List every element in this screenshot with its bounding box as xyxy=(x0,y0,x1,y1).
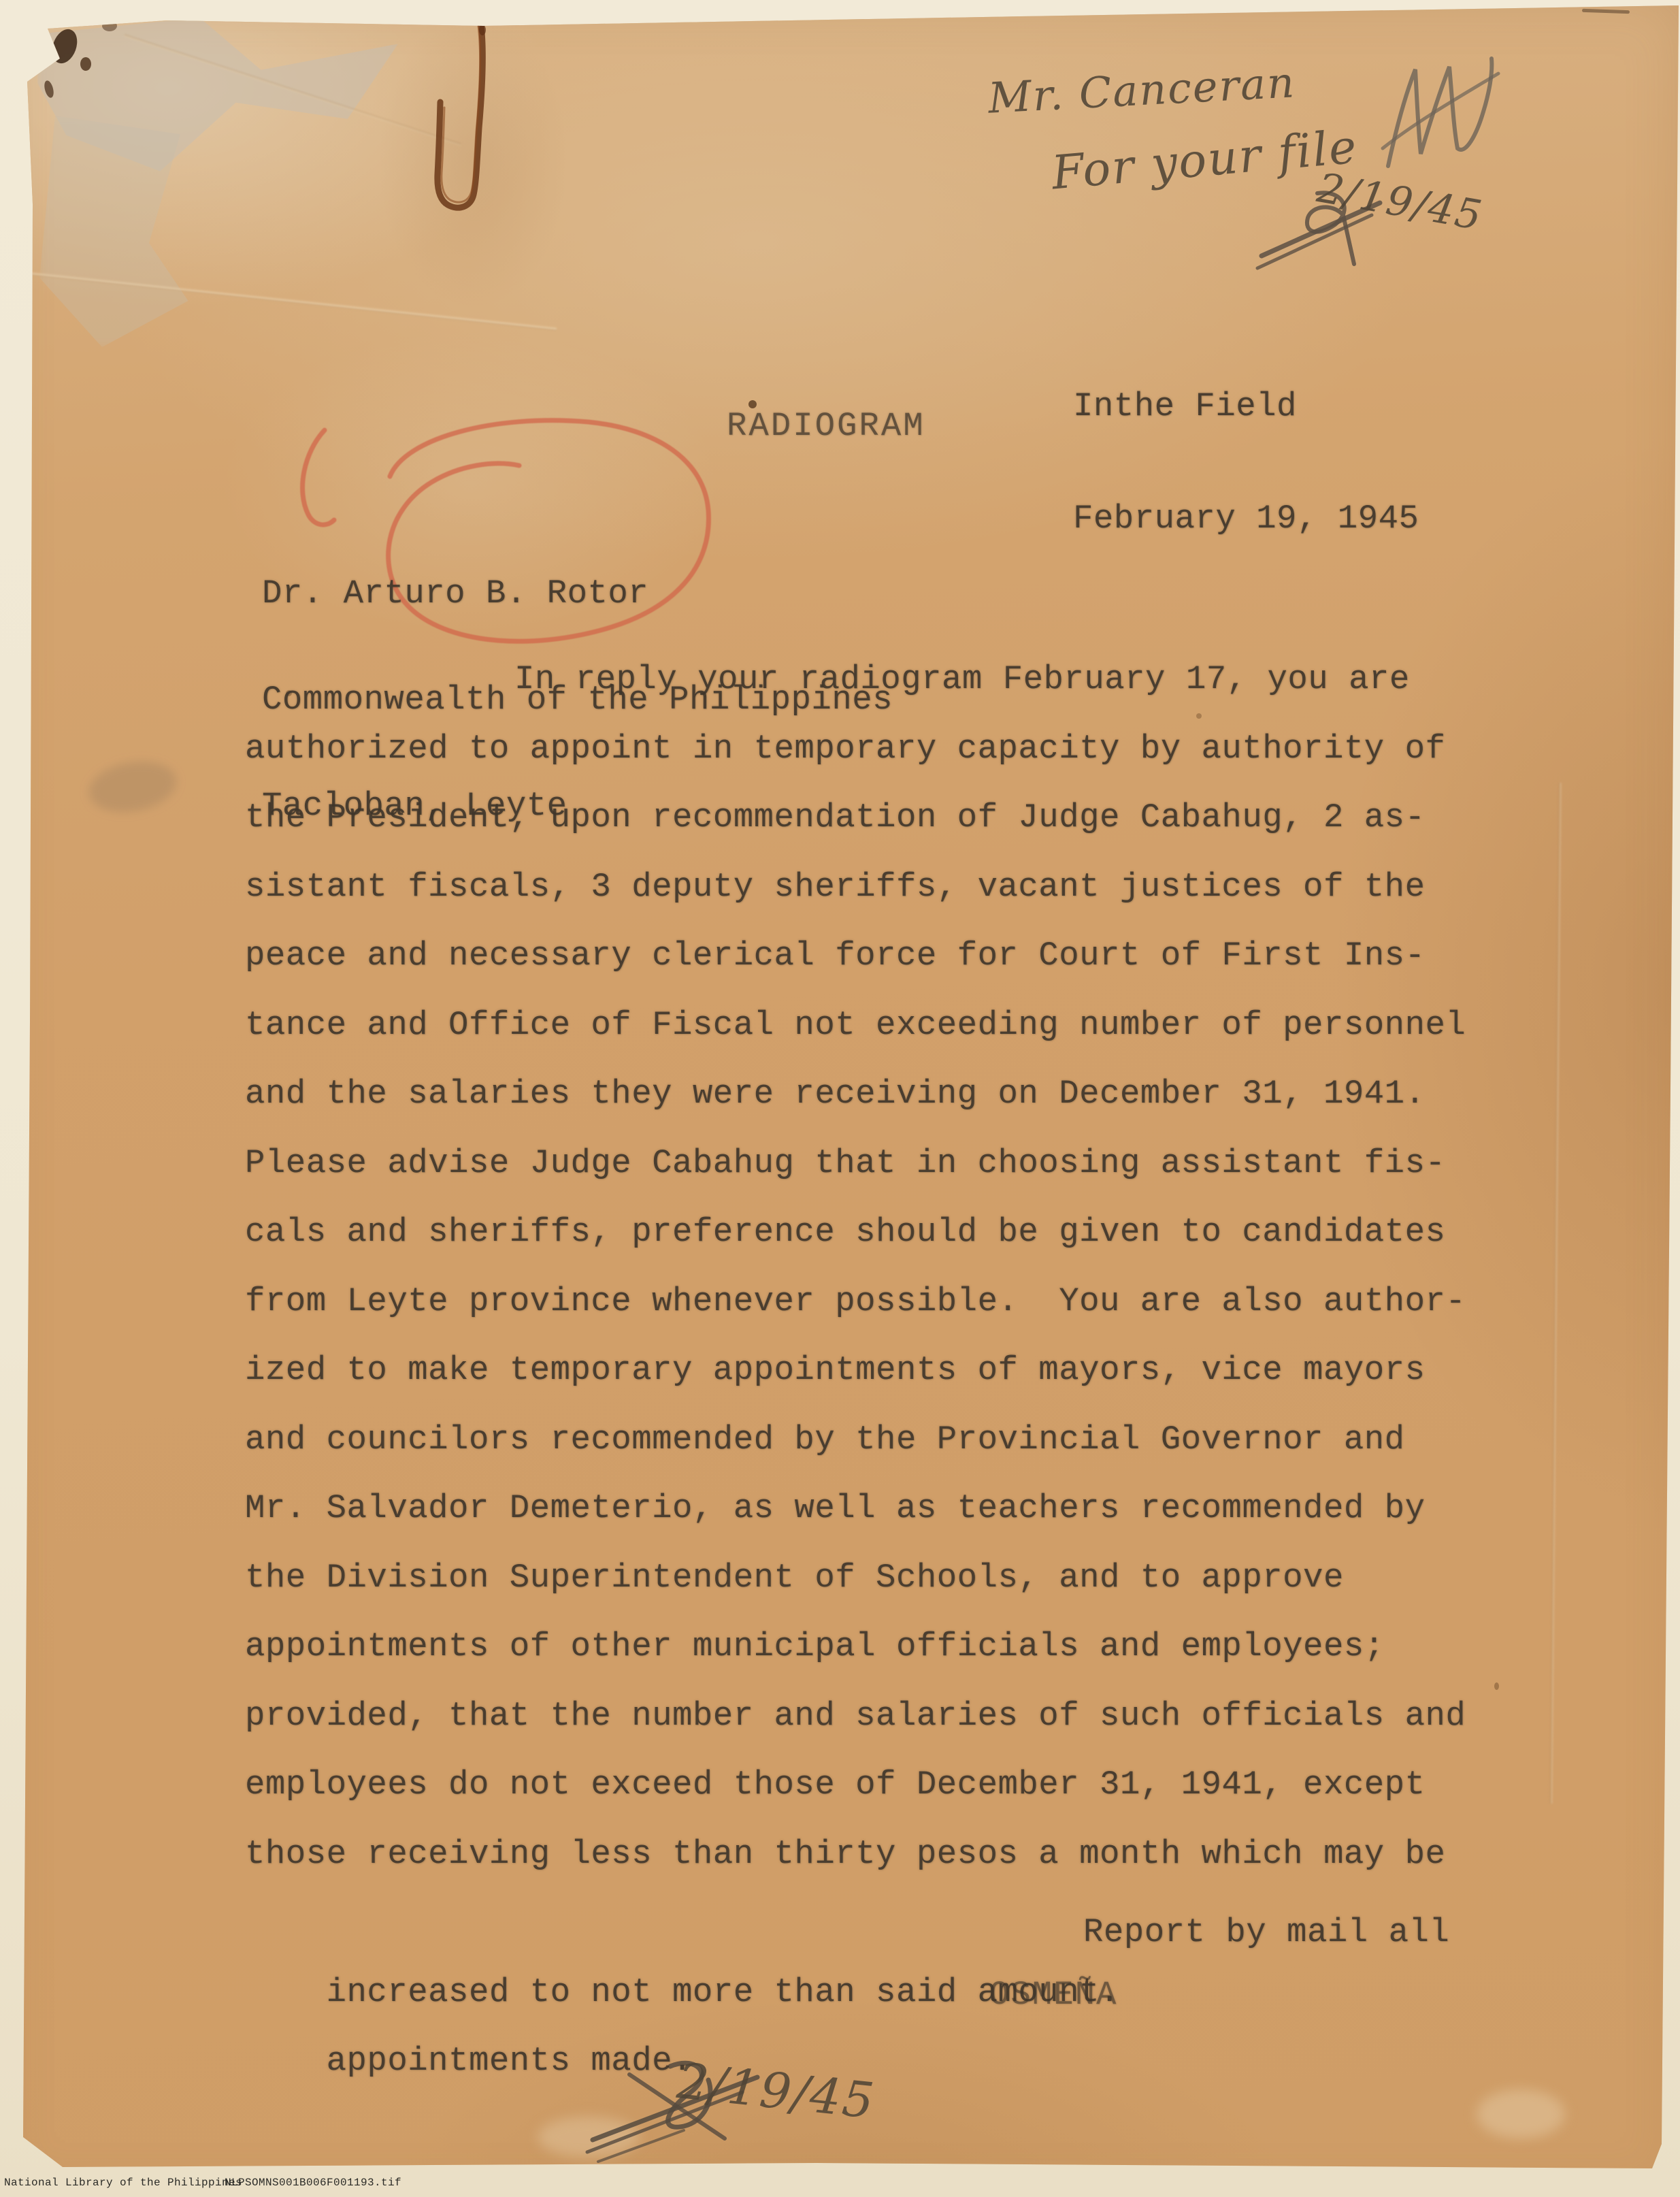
document-type-title: RADIOGRAM xyxy=(727,407,925,445)
body-line: authorized to appoint in temporary capac… xyxy=(245,715,1483,784)
letter-heading: Inthe Field February 19, 1945 xyxy=(1073,313,1419,575)
body-line: Please advise Judge Cabahug that in choo… xyxy=(245,1129,1483,1199)
ink-blotch xyxy=(80,57,91,71)
body-line: Mr. Salvador Demeterio, as well as teach… xyxy=(245,1474,1483,1544)
body-line: sistant fiscals, 3 deputy sheriffs, vaca… xyxy=(245,853,1483,922)
body-line: the President, upon recommendation of Ju… xyxy=(245,783,1483,853)
pencil-initials-scrawl-top-right xyxy=(1376,46,1505,196)
body-line: cals and sheriffs, preference should be … xyxy=(245,1198,1483,1267)
body-line: appointments of other municipal official… xyxy=(245,1612,1483,1682)
signature-osmena: OSMEÑA xyxy=(989,1961,1117,2030)
letter-body: In reply your radiogram February 17, you… xyxy=(245,645,1483,2027)
scanned-document-page: { "document": { "annotations": { "recipi… xyxy=(0,0,1680,2197)
fold-crease-right-vertical xyxy=(1549,783,1561,1804)
body-line: tance and Office of Fiscal not exceeding… xyxy=(245,991,1483,1060)
final-line: appointments made. xyxy=(327,2042,693,2080)
body-line: In reply your radiogram February 17, you… xyxy=(245,645,1483,715)
paperclip-rust-stain xyxy=(406,5,508,230)
footer-filename: NLPSOMNS001B006F001193.tif xyxy=(225,2177,401,2189)
body-line: ized to make temporary appointments of m… xyxy=(245,1336,1483,1405)
body-line: peace and necessary clerical force for C… xyxy=(245,922,1483,991)
body-line: those receiving less than thirty pesos a… xyxy=(245,1820,1483,1889)
body-line: from Leyte province whenever possible. Y… xyxy=(245,1267,1483,1337)
body-line: and the salaries they were receiving on … xyxy=(245,1060,1483,1129)
heading-date: February 19, 1945 xyxy=(1073,500,1419,538)
addressee-name: Dr. Arturo B. Rotor xyxy=(262,576,893,611)
body-line: and councilors recommended by the Provin… xyxy=(245,1405,1483,1475)
body-line: the Division Superintendent of Schools, … xyxy=(245,1544,1483,1613)
worn-light-spot xyxy=(1477,2089,1565,2138)
foxing-dot xyxy=(1494,1682,1499,1690)
ink-blotch xyxy=(102,20,117,31)
body-line: provided, that the number and salaries o… xyxy=(245,1682,1483,1751)
footer-library-name: National Library of the Philippines xyxy=(4,2177,242,2189)
postscript-note: Report by mail all xyxy=(1083,1898,1449,1968)
pencil-smudge-left xyxy=(85,755,181,818)
body-final-line: appointments made. OSMEÑA xyxy=(245,1958,1483,2028)
heading-place: Inthe Field xyxy=(1073,388,1419,425)
body-line-with-postscript: increased to not more than said amount. … xyxy=(245,1889,1483,1958)
body-line: employees do not exceed those of Decembe… xyxy=(245,1751,1483,1820)
edge-mark-top-right xyxy=(1582,9,1630,14)
gray-abrasion-patch-lower xyxy=(39,116,196,347)
